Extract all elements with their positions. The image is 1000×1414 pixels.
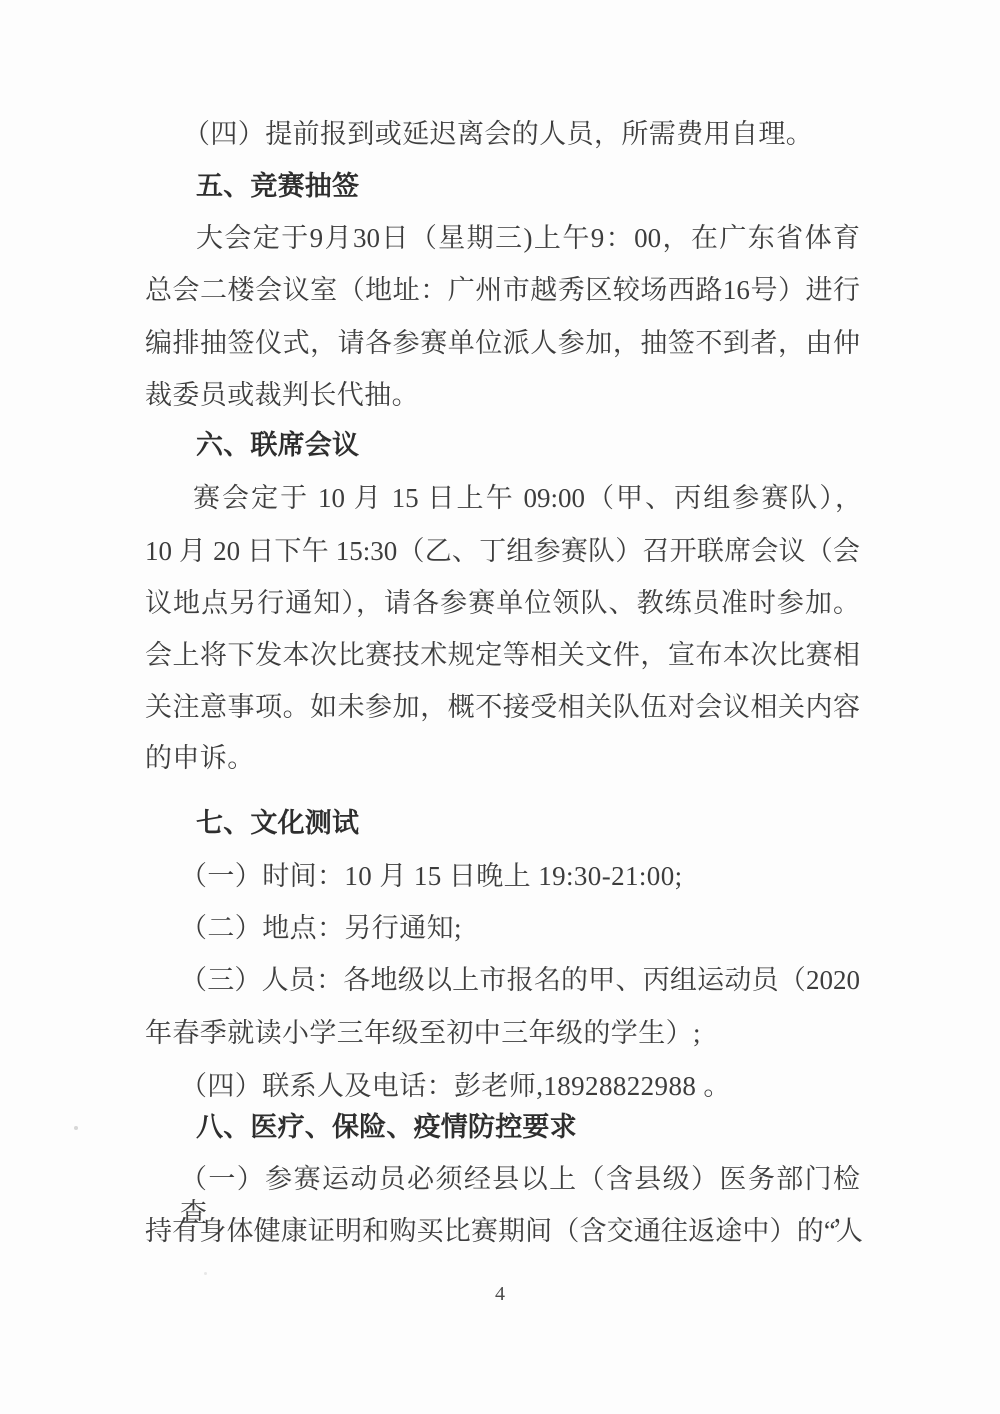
scan-speck [204, 1272, 207, 1275]
section-heading: 六、联席会议 [196, 429, 359, 463]
document-page: （四）提前报到或延迟离会的人员，所需费用自理。 五、竞赛抽签 大会定于9月30日… [0, 0, 1000, 1414]
page-number: 4 [0, 1283, 1000, 1306]
paragraph-line: （三）人员：各地级以上市报名的甲、丙组运动员（2020 [180, 964, 860, 998]
paragraph-line: 会上将下发本次比赛技术规定等相关文件，宣布本次比赛相 [145, 639, 860, 673]
paragraph-line: 议地点另行通知），请各参赛单位领队、教练员准时参加。 [145, 587, 860, 621]
paragraph-line: 持有身体健康证明和购买比赛期间（含交通往返途中）的“人 [145, 1215, 863, 1249]
paragraph-line: 的申诉。 [145, 742, 255, 776]
paragraph-line: 编排抽签仪式，请各参赛单位派人参加，抽签不到者，由仲 [145, 327, 860, 361]
section-heading: 七、文化测试 [196, 807, 359, 841]
paragraph-line: （二）地点：另行通知; [180, 912, 462, 946]
paragraph-line: （四）联系人及电话：彭老师,18928822988 。 [180, 1070, 731, 1104]
paragraph-line: 关注意事项。如未参加，概不接受相关队伍对会议相关内容 [145, 691, 860, 725]
paragraph-line: （四）提前报到或延迟离会的人员，所需费用自理。 [183, 118, 813, 152]
paragraph-line: 赛会定于 10 月 15 日上午 09:00（甲、丙组参赛队）， [193, 482, 862, 516]
scan-speck [74, 1126, 78, 1130]
paragraph-line: 年春季就读小学三年级至初中三年级的学生）; [145, 1017, 701, 1051]
paragraph-line: 总会二楼会议室（地址：广州市越秀区较场西路16号）进行 [145, 274, 860, 308]
section-heading: 八、医疗、保险、疫情防控要求 [196, 1111, 577, 1145]
paragraph-line: 大会定于9月30日（星期三)上午9：00，在广东省体育 [196, 222, 860, 256]
paragraph-line: 10 月 20 日下午 15:30（乙、丁组参赛队）召开联席会议（会 [145, 535, 860, 569]
paragraph-line: （一）时间：10 月 15 日晚上 19:30-21:00; [180, 860, 683, 894]
section-heading: 五、竞赛抽签 [196, 170, 359, 204]
paragraph-line: 裁委员或裁判长代抽。 [145, 379, 419, 413]
